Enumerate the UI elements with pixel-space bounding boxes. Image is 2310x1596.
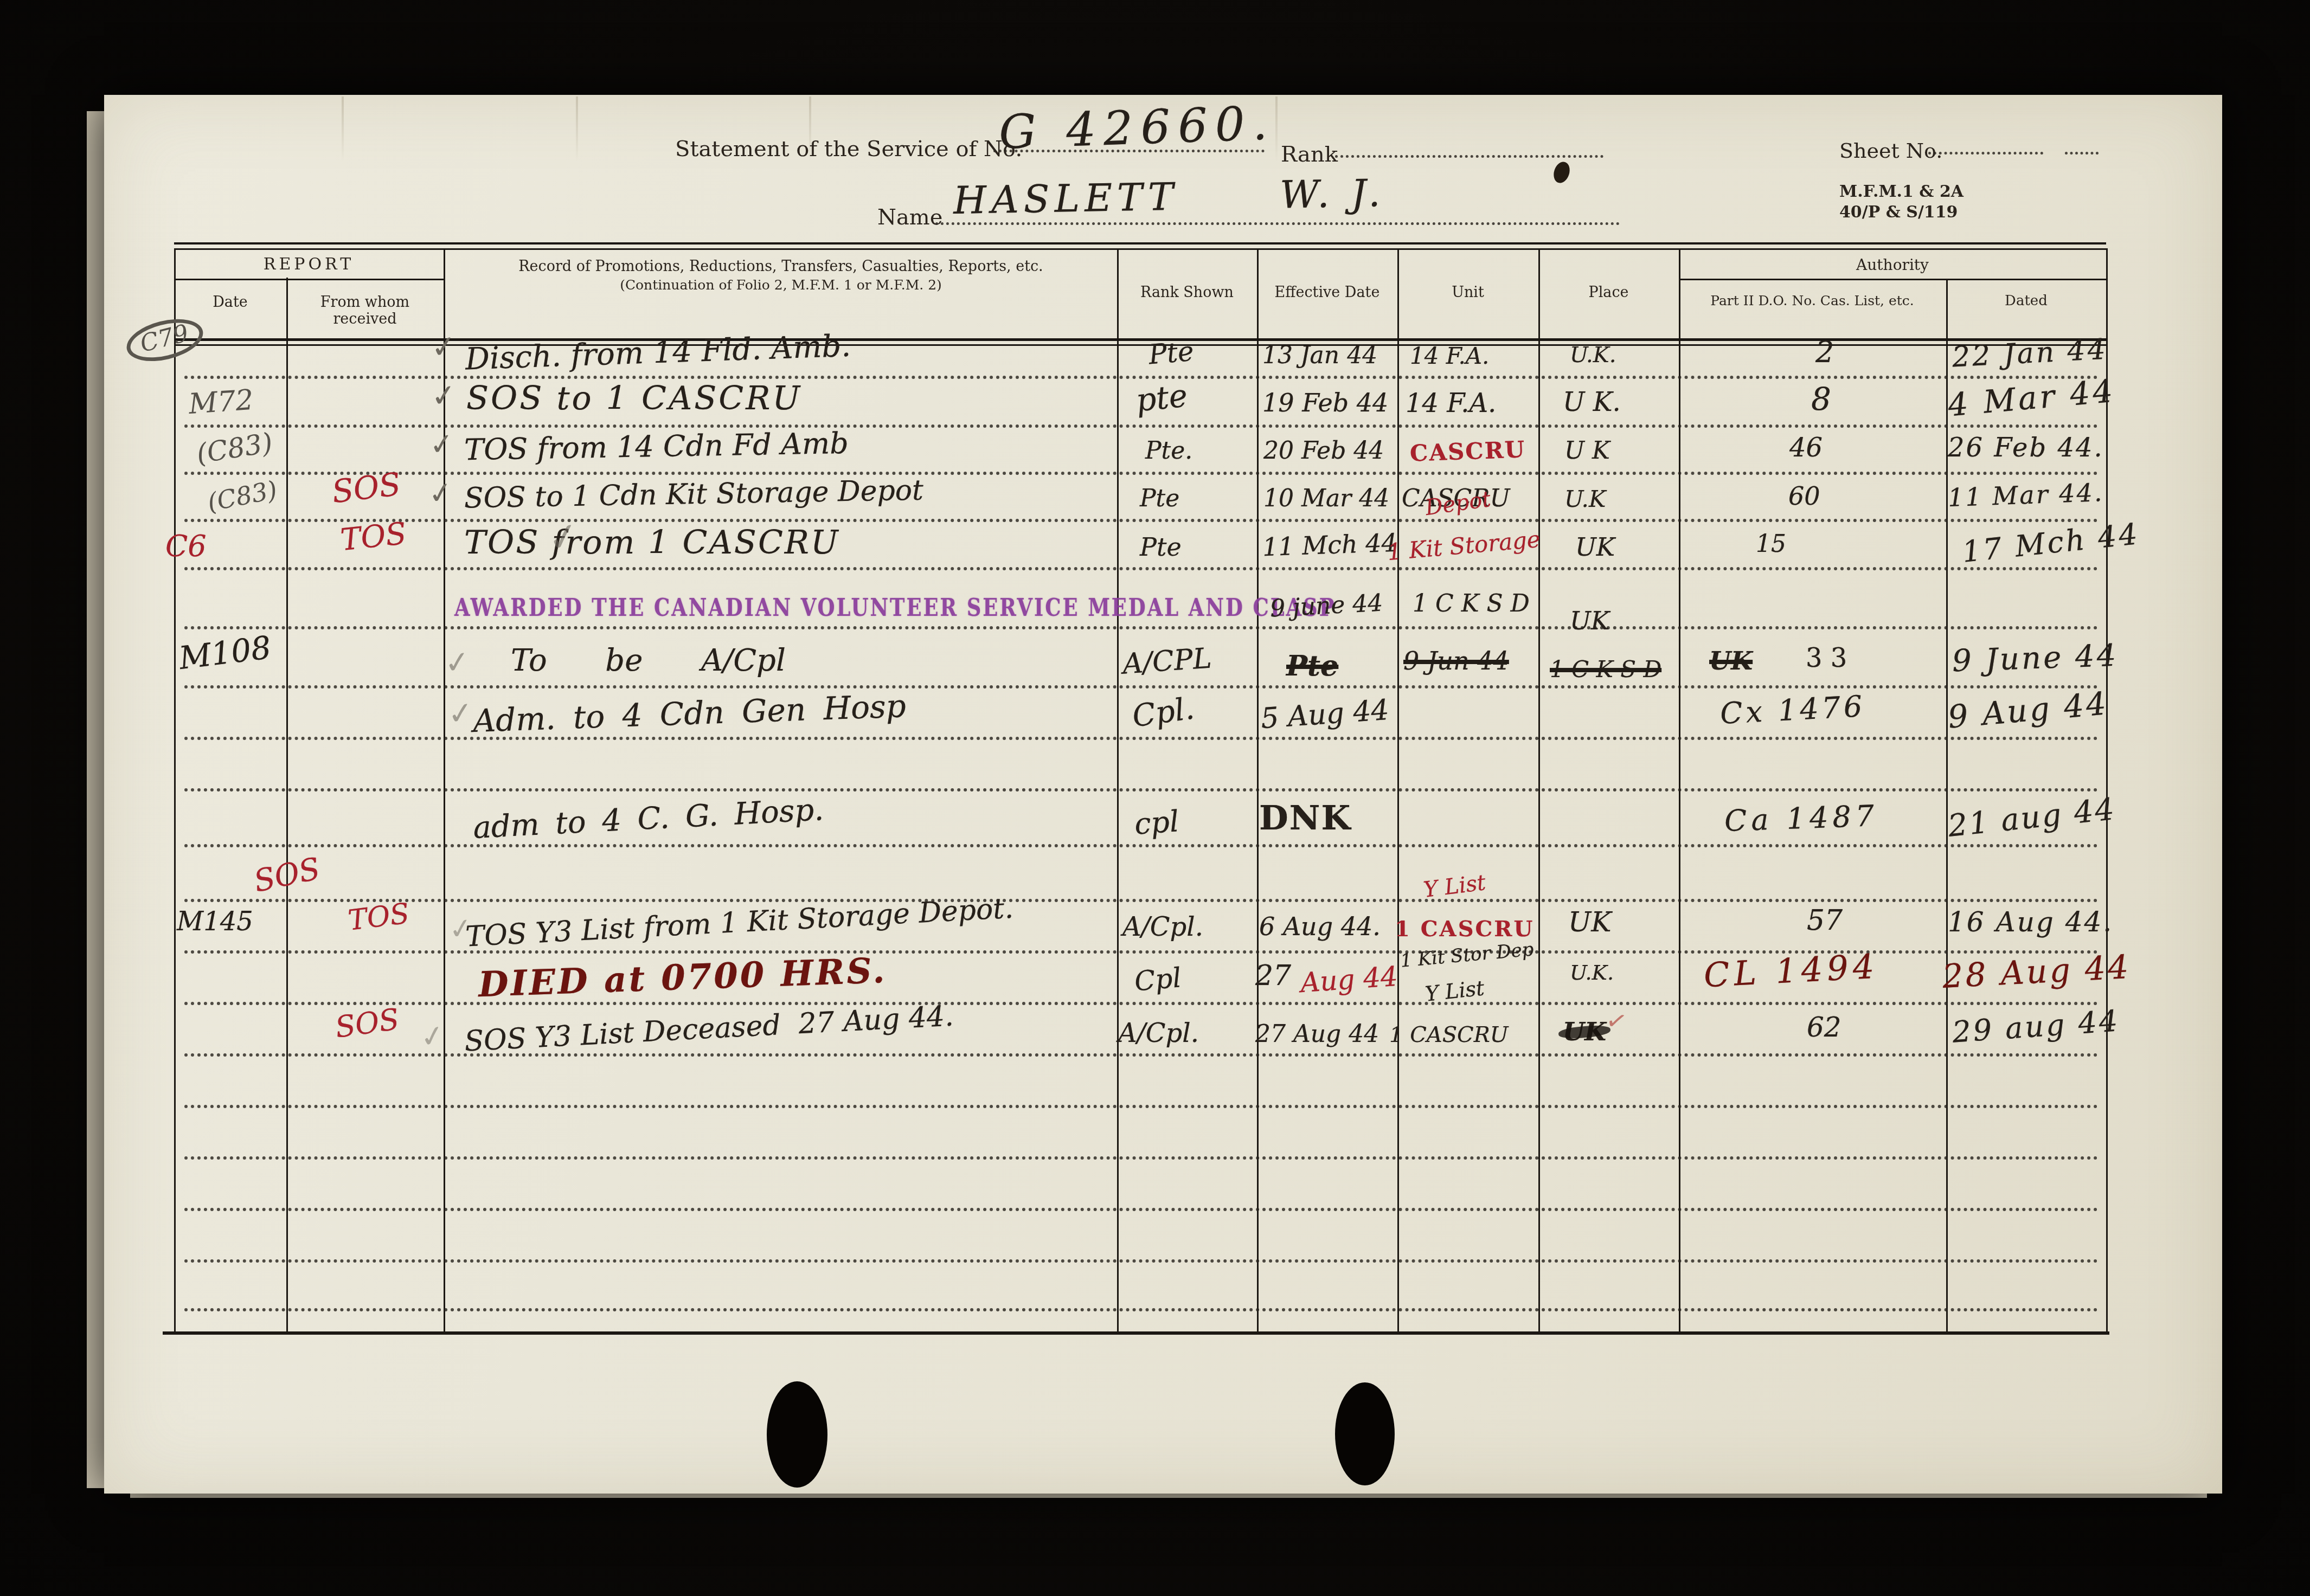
row-line bbox=[184, 788, 2099, 791]
row11-effective: 6 Aug 44. bbox=[1259, 912, 1381, 941]
row4-effective: 10 Mar 44 bbox=[1263, 485, 1389, 512]
form-ref-line1: M.F.M.1 & 2A bbox=[1839, 182, 1964, 201]
col-header-rank-shown: Rank Shown bbox=[1117, 284, 1257, 301]
row13-effective: 27 Aug 44 bbox=[1255, 1020, 1379, 1048]
row7-dated: 9 June 44 bbox=[1952, 638, 2119, 679]
row2-place: U K. bbox=[1563, 387, 1621, 417]
form-ref-line2: 40/P & S/119 bbox=[1839, 203, 1958, 222]
row12-rank: Cpl bbox=[1133, 962, 1183, 997]
col-header-unit: Unit bbox=[1397, 284, 1538, 301]
row1-effective: 13 Jan 44 bbox=[1262, 342, 1377, 369]
row1-unit: 14 F.A. bbox=[1410, 343, 1489, 369]
pencil-checkmark: ✓ bbox=[443, 644, 472, 682]
row9-rank: cpl bbox=[1133, 804, 1180, 841]
scanned-service-record: { "header": { "statement_label": "Statem… bbox=[0, 0, 2310, 1596]
service-no-value: G 42660. bbox=[998, 96, 1275, 160]
row3-dated: 26 Feb 44. bbox=[1948, 433, 2104, 463]
row-line bbox=[184, 472, 2099, 475]
row-line bbox=[184, 1308, 2099, 1311]
row7-record: To be A/Cpl bbox=[511, 643, 786, 678]
row9-authority: Ca 1487 bbox=[1724, 799, 1879, 838]
row1-place: U.K. bbox=[1570, 343, 1616, 368]
row4-place: U.K bbox=[1564, 486, 1606, 512]
rank-label: Rank bbox=[1281, 142, 1338, 167]
row6-place-correction: UK bbox=[1570, 606, 1609, 635]
pencil-checkmark: ✓ bbox=[446, 695, 475, 733]
name-leader bbox=[935, 222, 1620, 225]
row-line bbox=[184, 737, 2099, 740]
row13-place-scribbled: UK bbox=[1563, 1017, 1606, 1046]
row-line bbox=[184, 1002, 2099, 1005]
row2-record: SOS to 1 CASCRU bbox=[466, 379, 802, 417]
rank-leader bbox=[1335, 155, 1603, 158]
paper-crease bbox=[342, 96, 344, 162]
table-bottom-rule bbox=[163, 1331, 2109, 1335]
row2-effective: 19 Feb 44 bbox=[1262, 388, 1388, 417]
row-line bbox=[184, 844, 2099, 847]
row4-dated: 11 Mar 44. bbox=[1947, 478, 2104, 512]
row11-authority: 57 bbox=[1807, 904, 1843, 937]
row-line bbox=[184, 1208, 2099, 1211]
row-line bbox=[184, 567, 2099, 570]
name-value: HASLETT W. J. bbox=[953, 171, 1385, 223]
col-header-place: Place bbox=[1538, 284, 1679, 301]
paper-crease bbox=[576, 96, 578, 162]
statement-label: Statement of the Service of No. bbox=[675, 137, 1022, 162]
row2-authority: 8 bbox=[1811, 381, 1831, 417]
row3-unit: CASCRU bbox=[1409, 436, 1526, 466]
row-line bbox=[184, 1259, 2099, 1263]
col-header-date: Date bbox=[174, 294, 286, 311]
punch-hole-right bbox=[1335, 1382, 1395, 1485]
row3-record: TOS from 14 Cdn Fd Amb bbox=[464, 426, 849, 467]
row4-authority: 60 bbox=[1788, 481, 1820, 511]
sheet-no-leader bbox=[1928, 152, 2043, 155]
row12-effective-black: 27 bbox=[1255, 960, 1291, 992]
row3-rank: Pte. bbox=[1145, 437, 1192, 465]
row2-date-ref: M72 bbox=[188, 384, 254, 421]
row-line bbox=[184, 1156, 2099, 1160]
pencil-checkmark: ✓ bbox=[428, 426, 456, 462]
row5-record: TOS from 1 CASCRU bbox=[464, 524, 840, 562]
row9-effective: DNK bbox=[1259, 798, 1351, 838]
col-line-left bbox=[174, 248, 176, 1333]
row11-place: UK bbox=[1568, 906, 1612, 938]
table-top-rule-1 bbox=[174, 242, 2106, 244]
row4-rank: Pte bbox=[1140, 485, 1179, 512]
row3-effective: 20 Feb 44 bbox=[1263, 437, 1384, 465]
row-line bbox=[184, 899, 2099, 902]
row1-authority: 2 bbox=[1815, 335, 1834, 369]
sheet-no-label: Sheet No. bbox=[1839, 139, 1942, 163]
row2-rank: pte bbox=[1134, 377, 1189, 419]
col-header-effective-date: Effective Date bbox=[1257, 284, 1397, 301]
row5-place: UK bbox=[1575, 532, 1615, 562]
row7-unit-struck: 9 Jun 44 bbox=[1403, 646, 1509, 675]
row12-place: U.K. bbox=[1570, 961, 1614, 984]
col-header-authority: Authority bbox=[1679, 256, 2106, 274]
report-underline bbox=[174, 279, 444, 280]
row13-rank: A/Cpl. bbox=[1118, 1018, 1199, 1048]
pencil-checkmark: ✓ bbox=[429, 377, 458, 415]
row11-date-ref: M145 bbox=[177, 906, 253, 937]
row1-rank: Pte bbox=[1147, 335, 1195, 370]
punch-hole-left bbox=[767, 1381, 827, 1488]
row11-dated: 16 Aug 44. bbox=[1948, 906, 2113, 938]
row3-authority: 46 bbox=[1789, 433, 1823, 463]
col-line-date-from bbox=[286, 278, 288, 1333]
row3-place: U K bbox=[1564, 437, 1610, 465]
sheet-no-leader-2 bbox=[2065, 152, 2099, 155]
row5-date-ref: C6 bbox=[165, 529, 207, 563]
col-header-part2: Part II D.O. No. Cas. List, etc. bbox=[1681, 293, 1943, 308]
row13-unit: 1 CASCRU bbox=[1389, 1022, 1509, 1047]
row-line bbox=[184, 626, 2099, 629]
award-stamp: AWARDED THE CANADIAN VOLUNTEER SERVICE M… bbox=[454, 593, 1336, 622]
paper-crease bbox=[1275, 96, 1278, 162]
col-header-report: REPORT bbox=[174, 255, 444, 274]
pencil-checkmark: ✓ bbox=[426, 474, 455, 512]
row-line bbox=[184, 1105, 2099, 1108]
name-label: Name bbox=[877, 205, 942, 230]
pencil-checkmark: ✓ bbox=[429, 329, 458, 366]
row5-effective: 11 Mch 44 bbox=[1262, 528, 1398, 562]
col-header-record-line1: Record of Promotions, Reductions, Transf… bbox=[450, 258, 1112, 275]
row6-unit-correction: 1 C K S D bbox=[1413, 590, 1530, 617]
row-line bbox=[184, 685, 2099, 688]
row7-authority: 3 3 bbox=[1806, 643, 1847, 673]
col-header-from-whom: From whom received bbox=[286, 294, 444, 327]
row11-unit: 1 CASCRU bbox=[1395, 916, 1534, 942]
row7-authority-struck: UK bbox=[1709, 646, 1753, 675]
row7-effective-struck: Pte bbox=[1286, 649, 1338, 683]
col-header-dated: Dated bbox=[1946, 293, 2106, 309]
row7-rank: A/CPL bbox=[1121, 642, 1212, 680]
row-line bbox=[184, 519, 2099, 522]
row5-rank: Pte bbox=[1140, 532, 1182, 562]
row13-authority: 62 bbox=[1807, 1012, 1841, 1043]
col-header-record-line2: (Continuation of Folio 2, M.F.M. 1 or M.… bbox=[450, 277, 1112, 293]
row6-effective-correction: 9 june 44 bbox=[1269, 589, 1384, 623]
row2-unit: 14 F.A. bbox=[1406, 388, 1496, 419]
row-line bbox=[184, 424, 2099, 428]
row5-from: TOS bbox=[339, 516, 408, 558]
row11-rank: A/Cpl. bbox=[1122, 912, 1203, 942]
row5-authority: 15 bbox=[1756, 530, 1786, 558]
row7-place-struck: 1 C K S D bbox=[1550, 656, 1661, 683]
table-top-rule-2 bbox=[174, 248, 2106, 250]
col-line-right bbox=[2106, 248, 2108, 1333]
authority-underline bbox=[1679, 279, 2106, 280]
